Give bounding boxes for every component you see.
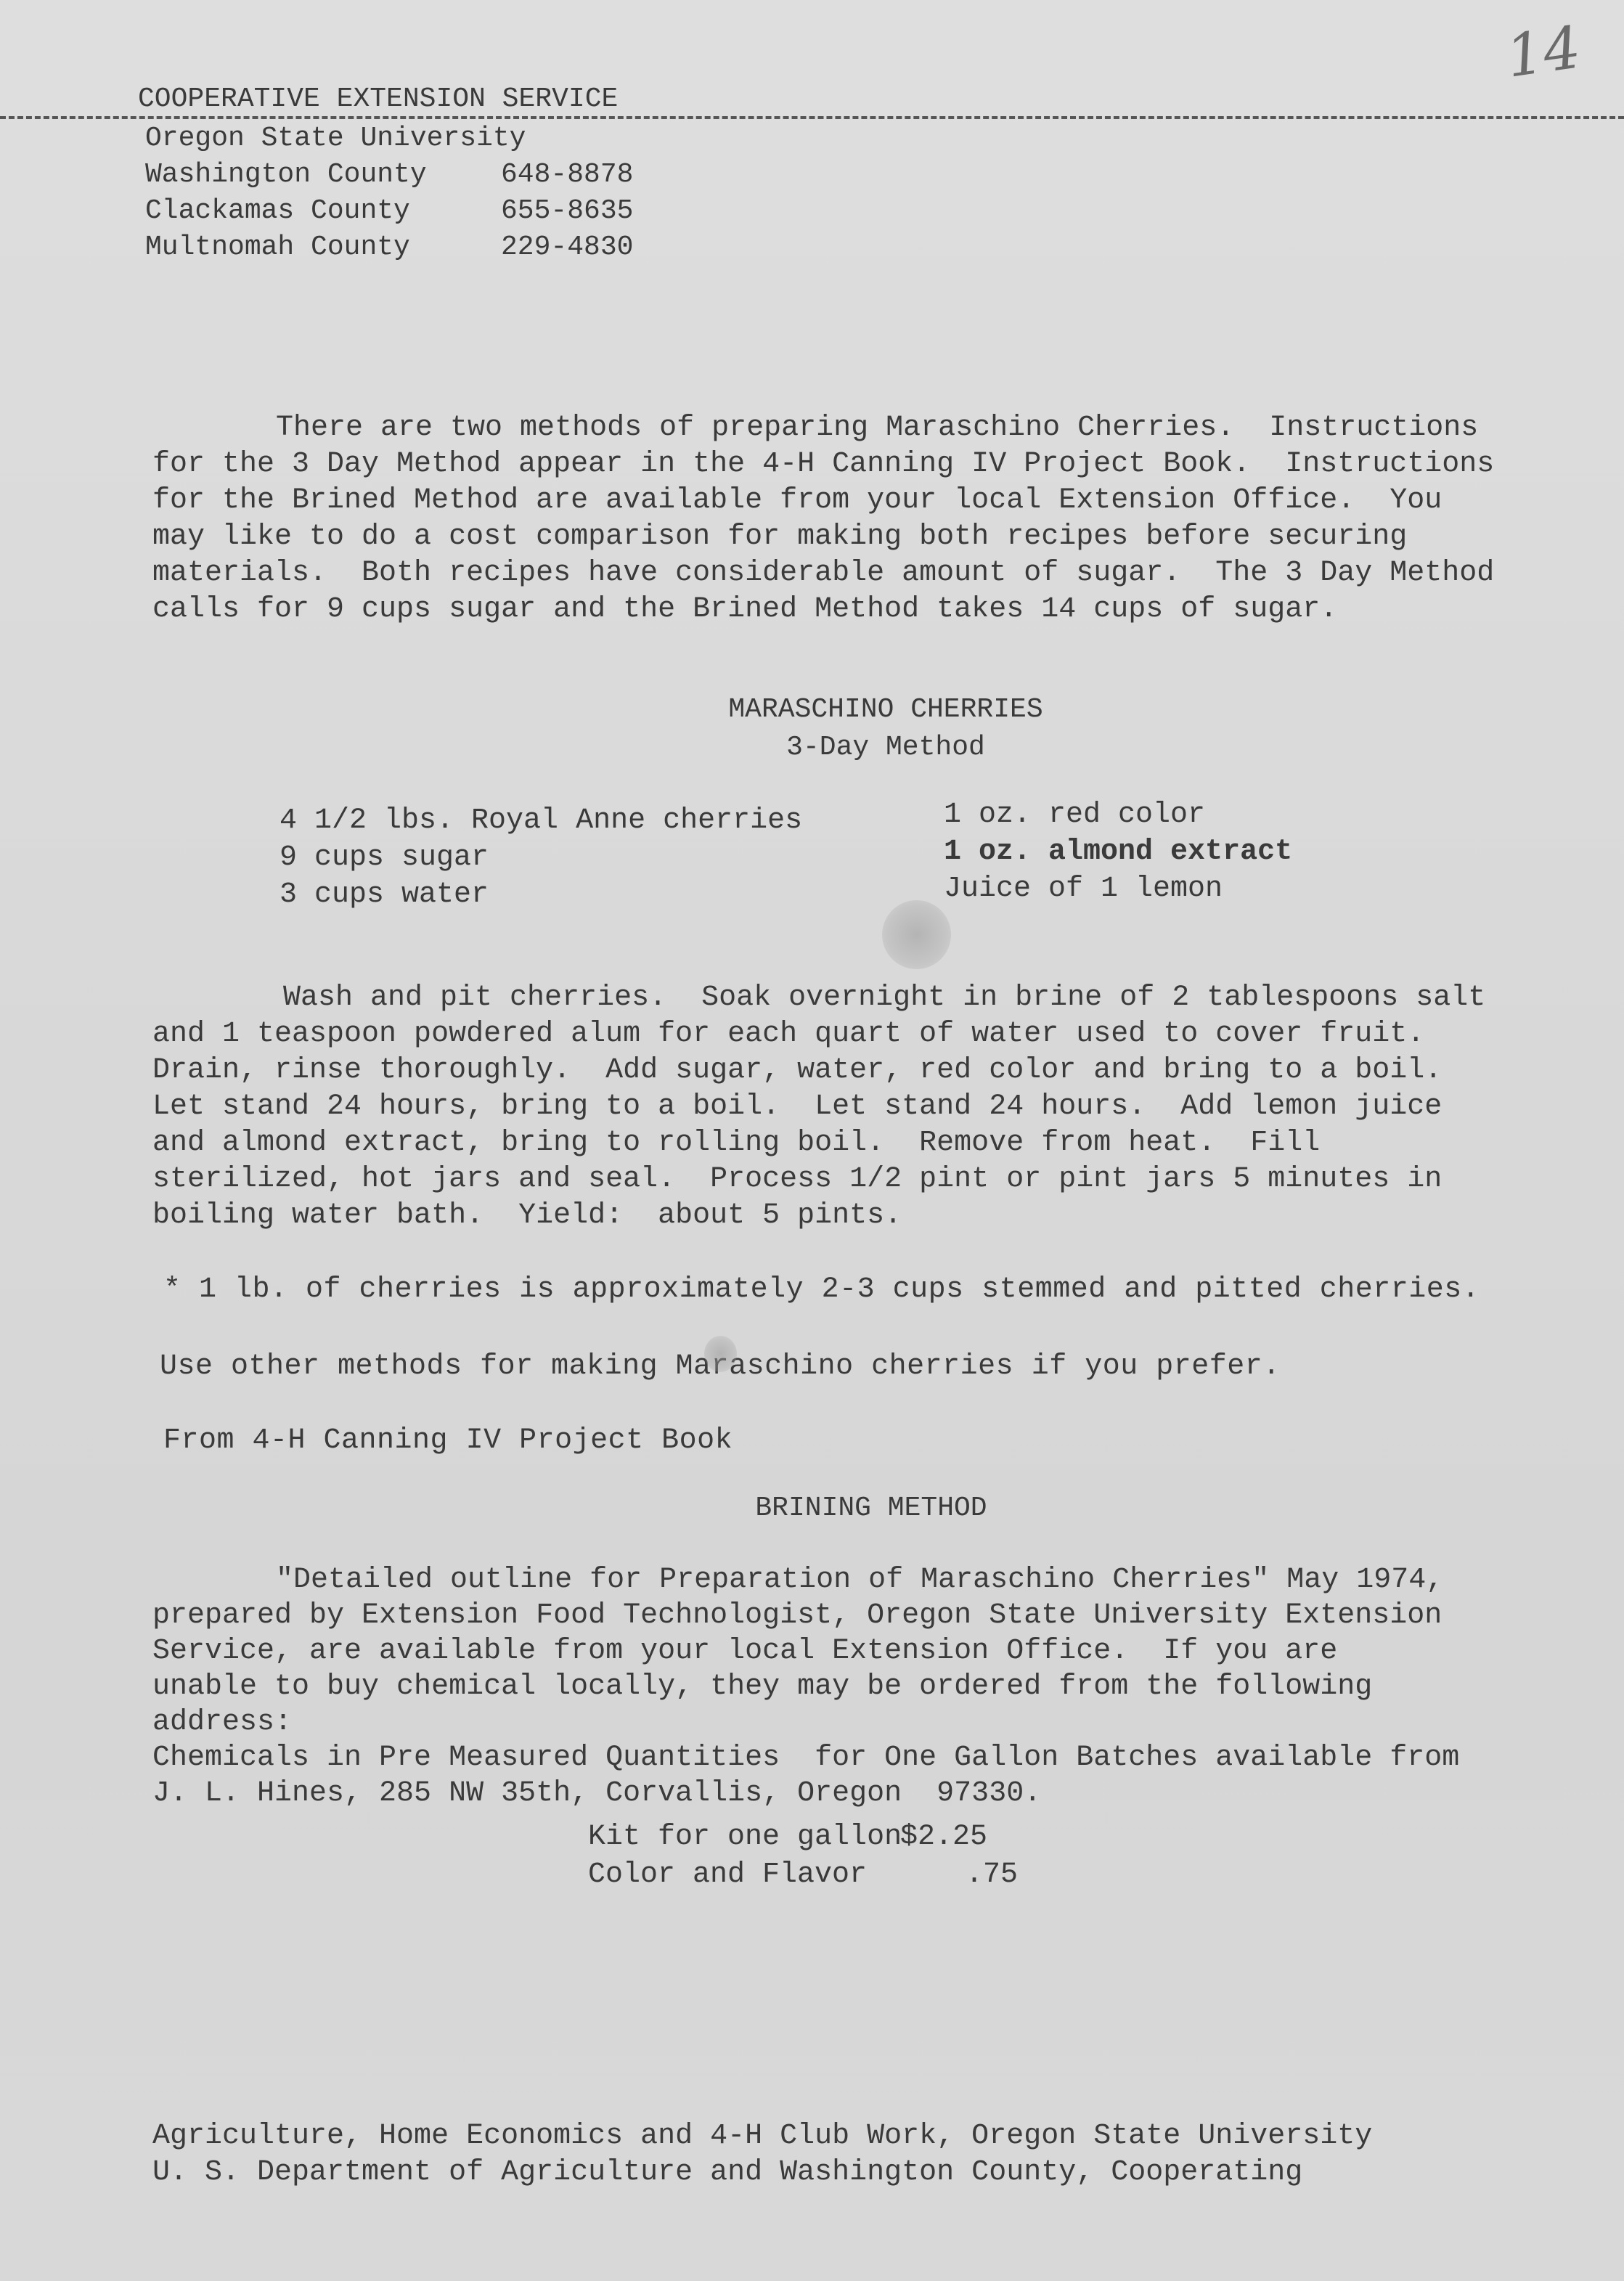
county-name: Clackamas County <box>145 195 501 227</box>
county-phone: 655-8635 <box>501 195 633 227</box>
ingredient: 4 1/2 lbs. Royal Anne cherries <box>279 802 802 839</box>
county-name: Washington County <box>145 159 501 190</box>
footer: Agriculture, Home Economics and 4-H Club… <box>152 2118 1372 2191</box>
ingredients-left: 4 1/2 lbs. Royal Anne cherries 9 cups su… <box>279 802 802 913</box>
cherries-note: * 1 lb. of cherries is approximately 2-3… <box>163 1272 1480 1308</box>
ingredient: 3 cups water <box>279 876 802 913</box>
county-phone: 229-4830 <box>501 232 633 263</box>
ingredient: 1 oz. almond extract <box>944 833 1292 870</box>
source-note: From 4-H Canning IV Project Book <box>163 1423 733 1459</box>
ingredient: 1 oz. red color <box>944 796 1292 833</box>
recipe-subtitle: 3-Day Method <box>653 729 1118 767</box>
contact-row: Washington County 648-8878 <box>145 156 633 192</box>
document-page: 14 COOPERATIVE EXTENSION SERVICE Oregon … <box>0 0 1624 2281</box>
ingredient: 9 cups sugar <box>279 839 802 876</box>
price-value: $2.25 <box>900 1819 987 1856</box>
ingredients-right: 1 oz. red color 1 oz. almond extract Jui… <box>944 796 1292 907</box>
stain-mark <box>704 1336 737 1372</box>
intro-paragraph: There are two methods of preparing Maras… <box>152 410 1494 628</box>
price-row: Color and Flavor .75 <box>588 1856 1018 1894</box>
price-item: Kit for one gallon <box>588 1819 900 1856</box>
county-phone: 648-8878 <box>501 159 633 190</box>
brining-paragraph: "Detailed outline for Preparation of Mar… <box>152 1562 1459 1811</box>
recipe-title-block: MARASCHINO CHERRIES 3-Day Method <box>653 691 1118 767</box>
price-value: .75 <box>966 1856 1018 1894</box>
price-item: Color and Flavor <box>588 1856 966 1894</box>
contact-block: Oregon State University Washington Count… <box>145 120 633 265</box>
handwritten-page-number: 14 <box>1502 13 1585 90</box>
stain-mark <box>882 900 951 969</box>
brining-title: BRINING METHOD <box>653 1490 1089 1527</box>
county-name: Multnomah County <box>145 232 501 263</box>
recipe-instructions: Wash and pit cherries. Soak overnight in… <box>152 980 1485 1234</box>
organization-heading: COOPERATIVE EXTENSION SERVICE <box>138 81 618 118</box>
contact-row: Multnomah County 229-4830 <box>145 229 633 265</box>
recipe-title: MARASCHINO CHERRIES <box>653 691 1118 729</box>
price-list: Kit for one gallon $2.25 Color and Flavo… <box>588 1819 1018 1894</box>
price-row: Kit for one gallon $2.25 <box>588 1819 1018 1856</box>
university-name: Oregon State University <box>145 120 633 156</box>
header-divider <box>0 116 1624 119</box>
contact-row: Clackamas County 655-8635 <box>145 192 633 229</box>
ingredient: Juice of 1 lemon <box>944 870 1292 907</box>
